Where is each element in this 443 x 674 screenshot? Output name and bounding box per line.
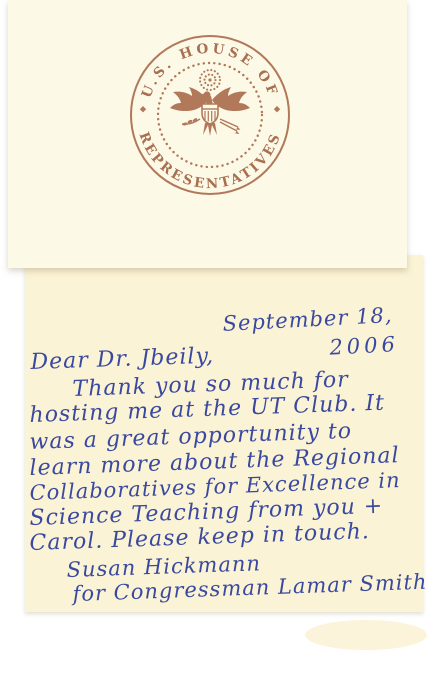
greeting-line: Dear Dr. Jbeily,	[30, 344, 214, 375]
scanned-letter: U.S. HOUSE OF REPRESENTATIVES	[0, 0, 443, 674]
olive-branch-icon	[182, 117, 200, 126]
svg-text:REPRESENTATIVES: REPRESENTATIVES	[135, 130, 284, 192]
seal-arc-bottom-text: REPRESENTATIVES	[135, 130, 284, 192]
date-line-2: 2006	[328, 332, 399, 360]
svg-text:U.S. HOUSE OF: U.S. HOUSE OF	[139, 41, 282, 101]
seal-diamond-right-icon	[274, 106, 280, 112]
house-note-card: U.S. HOUSE OF REPRESENTATIVES	[8, 0, 407, 268]
seal-arc-top-text: U.S. HOUSE OF	[139, 41, 282, 101]
handwritten-note-card: September 18, 2006 Dear Dr. Jbeily, Than…	[25, 255, 423, 612]
shield-icon	[202, 104, 218, 124]
glory-stars-icon	[200, 70, 220, 90]
eagle-icon	[170, 70, 250, 136]
date-line-1: September 18,	[222, 303, 393, 336]
arrows-icon	[220, 119, 240, 134]
seal-diamond-left-icon	[140, 106, 146, 112]
eagle-tail	[203, 123, 217, 136]
us-house-seal-icon: U.S. HOUSE OF REPRESENTATIVES	[125, 30, 295, 200]
scan-artifact	[305, 620, 427, 650]
